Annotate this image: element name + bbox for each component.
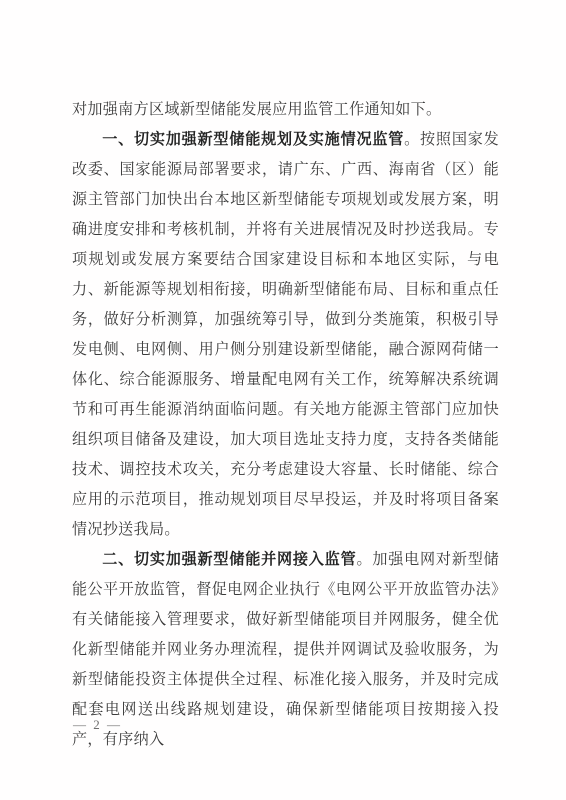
- paragraph-section-2: 二、切实加强新型储能并网接入监管。加强电网对新型储能公平开放监管，督促电网企业执…: [72, 545, 499, 755]
- section-heading: 一、切实加强新型储能规划及实施情况监管: [102, 131, 404, 148]
- section-heading: 二、切实加强新型储能并网接入监管: [102, 551, 356, 568]
- body-text: 对加强南方区域新型储能发展应用监管工作通知如下。: [72, 102, 441, 118]
- body-text: 。按照国家发改委、国家能源局部署要求，请广东、广西、海南省（区）能源主管部门加快…: [72, 132, 499, 538]
- paragraph-continuation: 对加强南方区域新型储能发展应用监管工作通知如下。: [72, 95, 499, 125]
- paragraph-section-1: 一、切实加强新型储能规划及实施情况监管。按照国家发改委、国家能源局部署要求，请广…: [72, 125, 499, 545]
- body-text: 。加强电网对新型储能公平开放监管，督促电网企业执行《电网公平开放监管办法》有关储…: [72, 552, 499, 748]
- document-body: 对加强南方区域新型储能发展应用监管工作通知如下。一、切实加强新型储能规划及实施情…: [72, 95, 499, 755]
- document-page: 对加强南方区域新型储能发展应用监管工作通知如下。一、切实加强新型储能规划及实施情…: [0, 0, 566, 800]
- page-number: — 2 —: [73, 717, 122, 733]
